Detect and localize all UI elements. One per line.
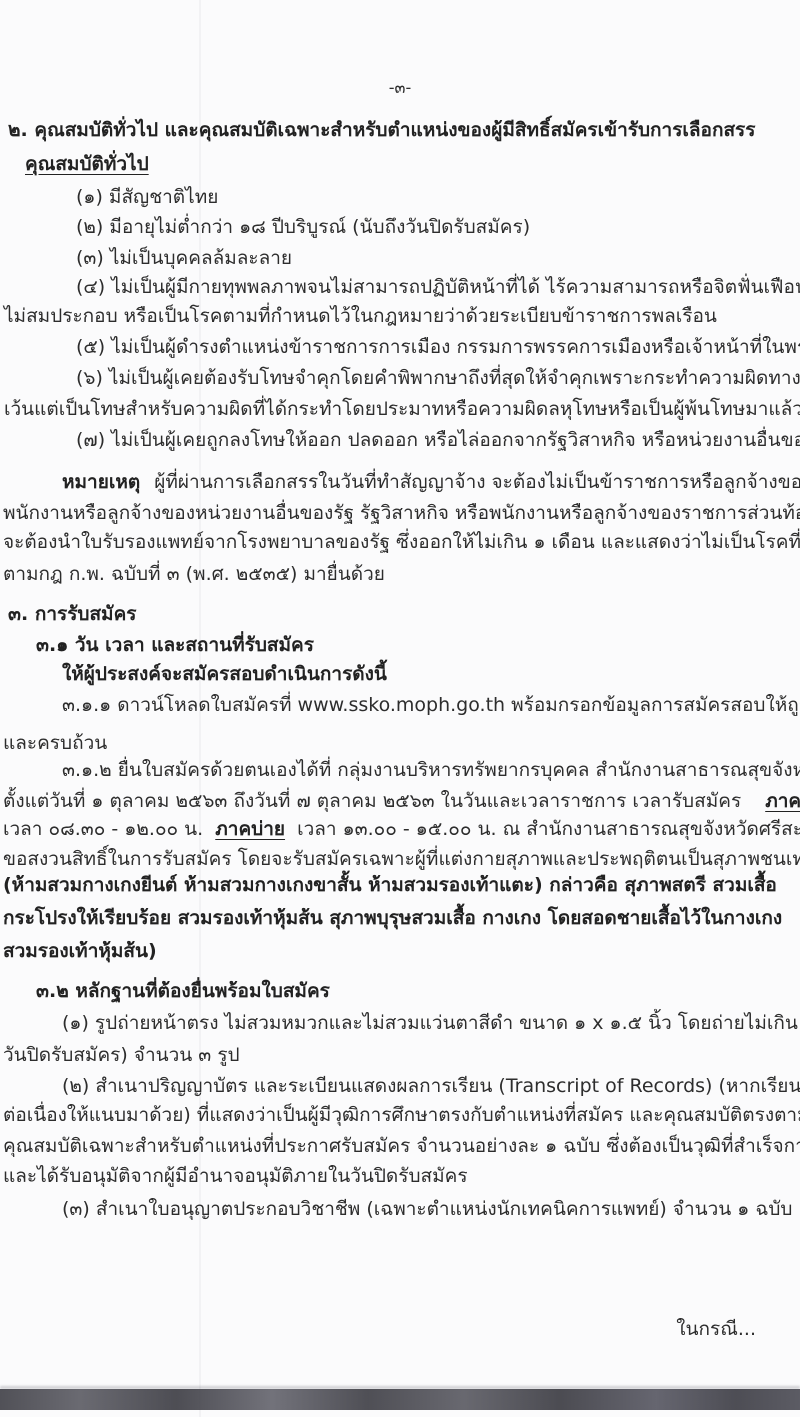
note-line-3: จะต้องนำใบรับรองแพทย์จากโรงพยาบาลของรัฐ …	[3, 529, 800, 555]
section-2-heading: ๒. คุณสมบัติทั่วไป และคุณสมบัติเฉพาะสำหร…	[8, 117, 755, 143]
dress-code-line-2: กระโปรงให้เรียบร้อย สวมรองเท้าหุ้มส้น สุ…	[3, 905, 782, 931]
qualification-item-1: (๑) มีสัญชาติไทย	[76, 184, 218, 210]
section-3-1-2-line-4: ขอสงวนสิทธิ์ในการรับสมัคร โดยจะรับสมัครเ…	[3, 846, 800, 872]
qualification-item-3: (๓) ไม่เป็นบุคคลล้มละลาย	[76, 245, 292, 271]
document-item-2-line-4: และได้รับอนุมัติจากผู้มีอำนาจอนุมัติภายใ…	[3, 1163, 468, 1189]
section-3-1-intro: ให้ผู้ประสงค์จะสมัครสอบดำเนินการดังนี้	[62, 661, 387, 687]
afternoon-session-label: ภาคบ่าย	[215, 818, 285, 840]
document-item-2-line-1: (๒) สำเนาปริญญาบัตร และระเบียนแสดงผลการเ…	[62, 1073, 800, 1099]
document-item-1-line-2: วันปิดรับสมัคร) จำนวน ๓ รูป	[3, 1042, 240, 1068]
scanned-document-page: -๓- ๒. คุณสมบัติทั่วไป และคุณสมบัติเฉพาะ…	[0, 0, 800, 1417]
application-dates-text: ตั้งแต่วันที่ ๑ ตุลาคม ๒๕๖๓ ถึงวันที่ ๗ …	[3, 790, 741, 812]
section-3-1-1-line-2: และครบถ้วน	[3, 730, 107, 756]
dress-code-line-1: (ห้ามสวมกางเกงยีนต์ ห้ามสวมกางเกงขาสั้น …	[3, 872, 777, 898]
section-3-1-heading: ๓.๑ วัน เวลา และสถานที่รับสมัคร	[36, 632, 314, 658]
page-continuation-marker: ในกรณี...	[676, 1316, 756, 1342]
qualification-item-4-line-2: ไม่สมประกอบ หรือเป็นโรคตามที่กำหนดไว้ในก…	[4, 303, 717, 329]
document-item-2-line-3: คุณสมบัติเฉพาะสำหรับตำแหน่งที่ประกาศรับส…	[3, 1133, 800, 1159]
qualification-item-2: (๒) มีอายุไม่ต่ำกว่า ๑๘ ปีบริบูรณ์ (นับถ…	[76, 214, 530, 240]
dress-code-line-3: สวมรองเท้าหุ้มส้น)	[3, 938, 157, 964]
section-3-1-2-line-3: เวลา ๐๘.๓๐ - ๑๒.๐๐ น. ภาคบ่าย เวลา ๑๓.๐๐…	[3, 816, 800, 842]
qualification-item-4-line-1: (๔) ไม่เป็นผู้มีกายทุพพลภาพจนไม่สามารถปฏ…	[76, 274, 800, 300]
scan-artifact-bar	[0, 1389, 800, 1410]
morning-session-label: ภาคเช้า	[765, 790, 800, 812]
note-line-4: ตามกฎ ก.พ. ฉบับที่ ๓ (พ.ศ. ๒๕๓๕) มายื่นด…	[3, 561, 385, 587]
qualification-item-5: (๕) ไม่เป็นผู้ดำรงตำแหน่งข้าราชการการเมื…	[76, 334, 800, 360]
section-3-1-2-line-2: ตั้งแต่วันที่ ๑ ตุลาคม ๒๕๖๓ ถึงวันที่ ๗ …	[3, 788, 800, 814]
note-line-2: พนักงานหรือลูกจ้างของหน่วยงานอื่นของรัฐ …	[3, 500, 800, 526]
document-item-3: (๓) สำเนาใบอนุญาตประกอบวิชาชีพ (เฉพาะตำแ…	[62, 1196, 792, 1222]
document-item-1-line-1: (๑) รูปถ่ายหน้าตรง ไม่สวมหมวกและไม่สวมแว…	[62, 1010, 800, 1036]
section-3-heading: ๓. การรับสมัคร	[8, 601, 137, 627]
note-label: หมายเหตุ	[62, 471, 140, 493]
document-item-2-line-2: ต่อเนื่องให้แนบมาด้วย) ที่แสดงว่าเป็นผู้…	[3, 1102, 800, 1128]
qualification-item-6-line-2: เว้นแต่เป็นโทษสำหรับความผิดที่ได้กระทำโด…	[4, 396, 800, 422]
qualification-item-6-line-1: (๖) ไม่เป็นผู้เคยต้องรับโทษจำคุกโดยคำพิพ…	[76, 365, 800, 391]
section-3-1-1-line-1: ๓.๑.๑ ดาวน์โหลดใบสมัครที่ www.ssko.moph.…	[62, 692, 800, 718]
section-3-1-2-line-1: ๓.๑.๒ ยื่นใบสมัครด้วยตนเองได้ที่ กลุ่มงา…	[62, 757, 800, 783]
afternoon-hours-text: เวลา ๑๓.๐๐ - ๑๕.๐๐ น. ณ สำนักงานสาธารณสุ…	[297, 818, 800, 840]
note-line-1-text: ผู้ที่ผ่านการเลือกสรรในวันที่ทำสัญญาจ้าง…	[154, 471, 800, 493]
section-3-2-heading: ๓.๒ หลักฐานที่ต้องยื่นพร้อมใบสมัคร	[36, 978, 330, 1004]
page-number: -๓-	[0, 75, 800, 101]
note-line-1: หมายเหตุ ผู้ที่ผ่านการเลือกสรรในวันที่ทำ…	[62, 469, 800, 495]
qualification-item-7: (๗) ไม่เป็นผู้เคยถูกลงโทษให้ออก ปลดออก ห…	[76, 427, 800, 453]
general-qualifications-title: คุณสมบัติทั่วไป	[25, 151, 149, 177]
morning-hours-text: เวลา ๐๘.๓๐ - ๑๒.๐๐ น.	[3, 818, 203, 840]
